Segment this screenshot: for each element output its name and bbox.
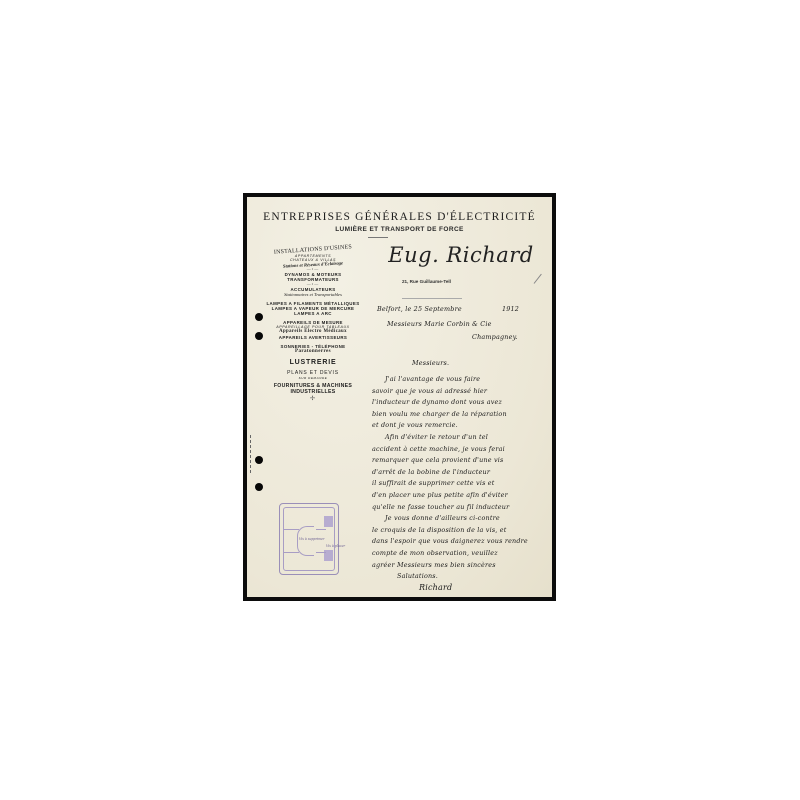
- ornament-cross: ✢: [259, 396, 367, 403]
- letter-body-line: agréer Messieurs mes bien sincères: [372, 561, 496, 569]
- margin-mark: [534, 274, 542, 284]
- sketch-line: [316, 529, 326, 530]
- letter-body-line: d'arrêt de la bobine de l'inducteur: [372, 468, 490, 476]
- letter-body-line: savoir que je vous ai adressé hier: [372, 387, 487, 395]
- recipient-city: Champagney.: [472, 333, 518, 341]
- letter-body-line: l'inducteur de dynamo dont vous avez: [372, 398, 502, 406]
- sketch-label-remove: Vis à supprimer: [299, 537, 325, 541]
- letterhead-subtitle: LUMIÈRE ET TRANSPORT DE FORCE: [247, 226, 552, 233]
- address-divider: [402, 298, 462, 299]
- margin-mark: [250, 435, 251, 473]
- date-line: Belfort, le 25 Septembre: [377, 305, 462, 313]
- company-brand: Eug. Richard: [371, 243, 551, 267]
- sketch-label-place: Vis à placer: [326, 544, 345, 548]
- letter-body-line: remarquer que cela provient d'une vis: [372, 456, 503, 464]
- screw-sketch: Vis à supprimer Vis à placer: [279, 503, 339, 575]
- letter-body-line: il suffirait de supprimer cette vis et: [372, 479, 495, 487]
- punch-hole: [255, 313, 263, 321]
- letter-body-line: accident à cette machine, je vous ferai: [372, 445, 505, 453]
- letter-body-line: Afin d'éviter le retour d'un tel: [385, 433, 488, 441]
- letter-body-line: qu'elle ne fasse toucher au fil inducteu…: [372, 503, 509, 511]
- punch-hole: [255, 456, 263, 464]
- letter-body-line: et dont je vous remercie.: [372, 421, 458, 429]
- signature: Richard: [419, 583, 452, 592]
- punch-hole: [255, 332, 263, 340]
- letter-body-line: Je vous donne d'ailleurs ci-contre: [385, 514, 500, 522]
- sketch-block: [324, 516, 333, 527]
- sketch-line: [316, 552, 326, 553]
- date-year: 1912: [502, 305, 519, 313]
- services-column: INSTALLATIONS D'USINES APPARTEMENTS CHAT…: [259, 247, 367, 403]
- punch-hole: [255, 483, 263, 491]
- letter-body-line: bien voulu me charger de la réparation: [372, 410, 507, 418]
- document-frame: ENTREPRISES GÉNÉRALES D'ÉLECTRICITÉ LUMI…: [243, 193, 556, 601]
- letter-body-line: dans l'espoir que vous daignerez vous re…: [372, 537, 528, 545]
- letter-body-line: d'en placer une plus petite afin d'évite…: [372, 491, 508, 499]
- letter-body-line: Salutations.: [397, 572, 438, 580]
- company-address: 21, Rue Guillaume-Tell: [402, 279, 451, 284]
- sketch-arc: [297, 526, 314, 556]
- letterhead-title: ENTREPRISES GÉNÉRALES D'ÉLECTRICITÉ: [247, 211, 552, 223]
- letter-body-line: compte de mon observation, veuillez: [372, 549, 498, 557]
- sketch-line: [283, 552, 299, 553]
- letter-body-line: le croquis de la disposition de la vis, …: [372, 526, 507, 534]
- sketch-line: [283, 529, 299, 530]
- header-divider: [368, 237, 388, 238]
- letter-paper: ENTREPRISES GÉNÉRALES D'ÉLECTRICITÉ LUMI…: [247, 197, 552, 597]
- salutation: Messieurs.: [412, 359, 449, 367]
- letter-body-line: J'ai l'avantage de vous faire: [385, 375, 480, 383]
- service-lustrerie: LUSTRERIE: [259, 359, 367, 367]
- recipient-name: Messieurs Marie Corbin & Cie: [387, 320, 492, 328]
